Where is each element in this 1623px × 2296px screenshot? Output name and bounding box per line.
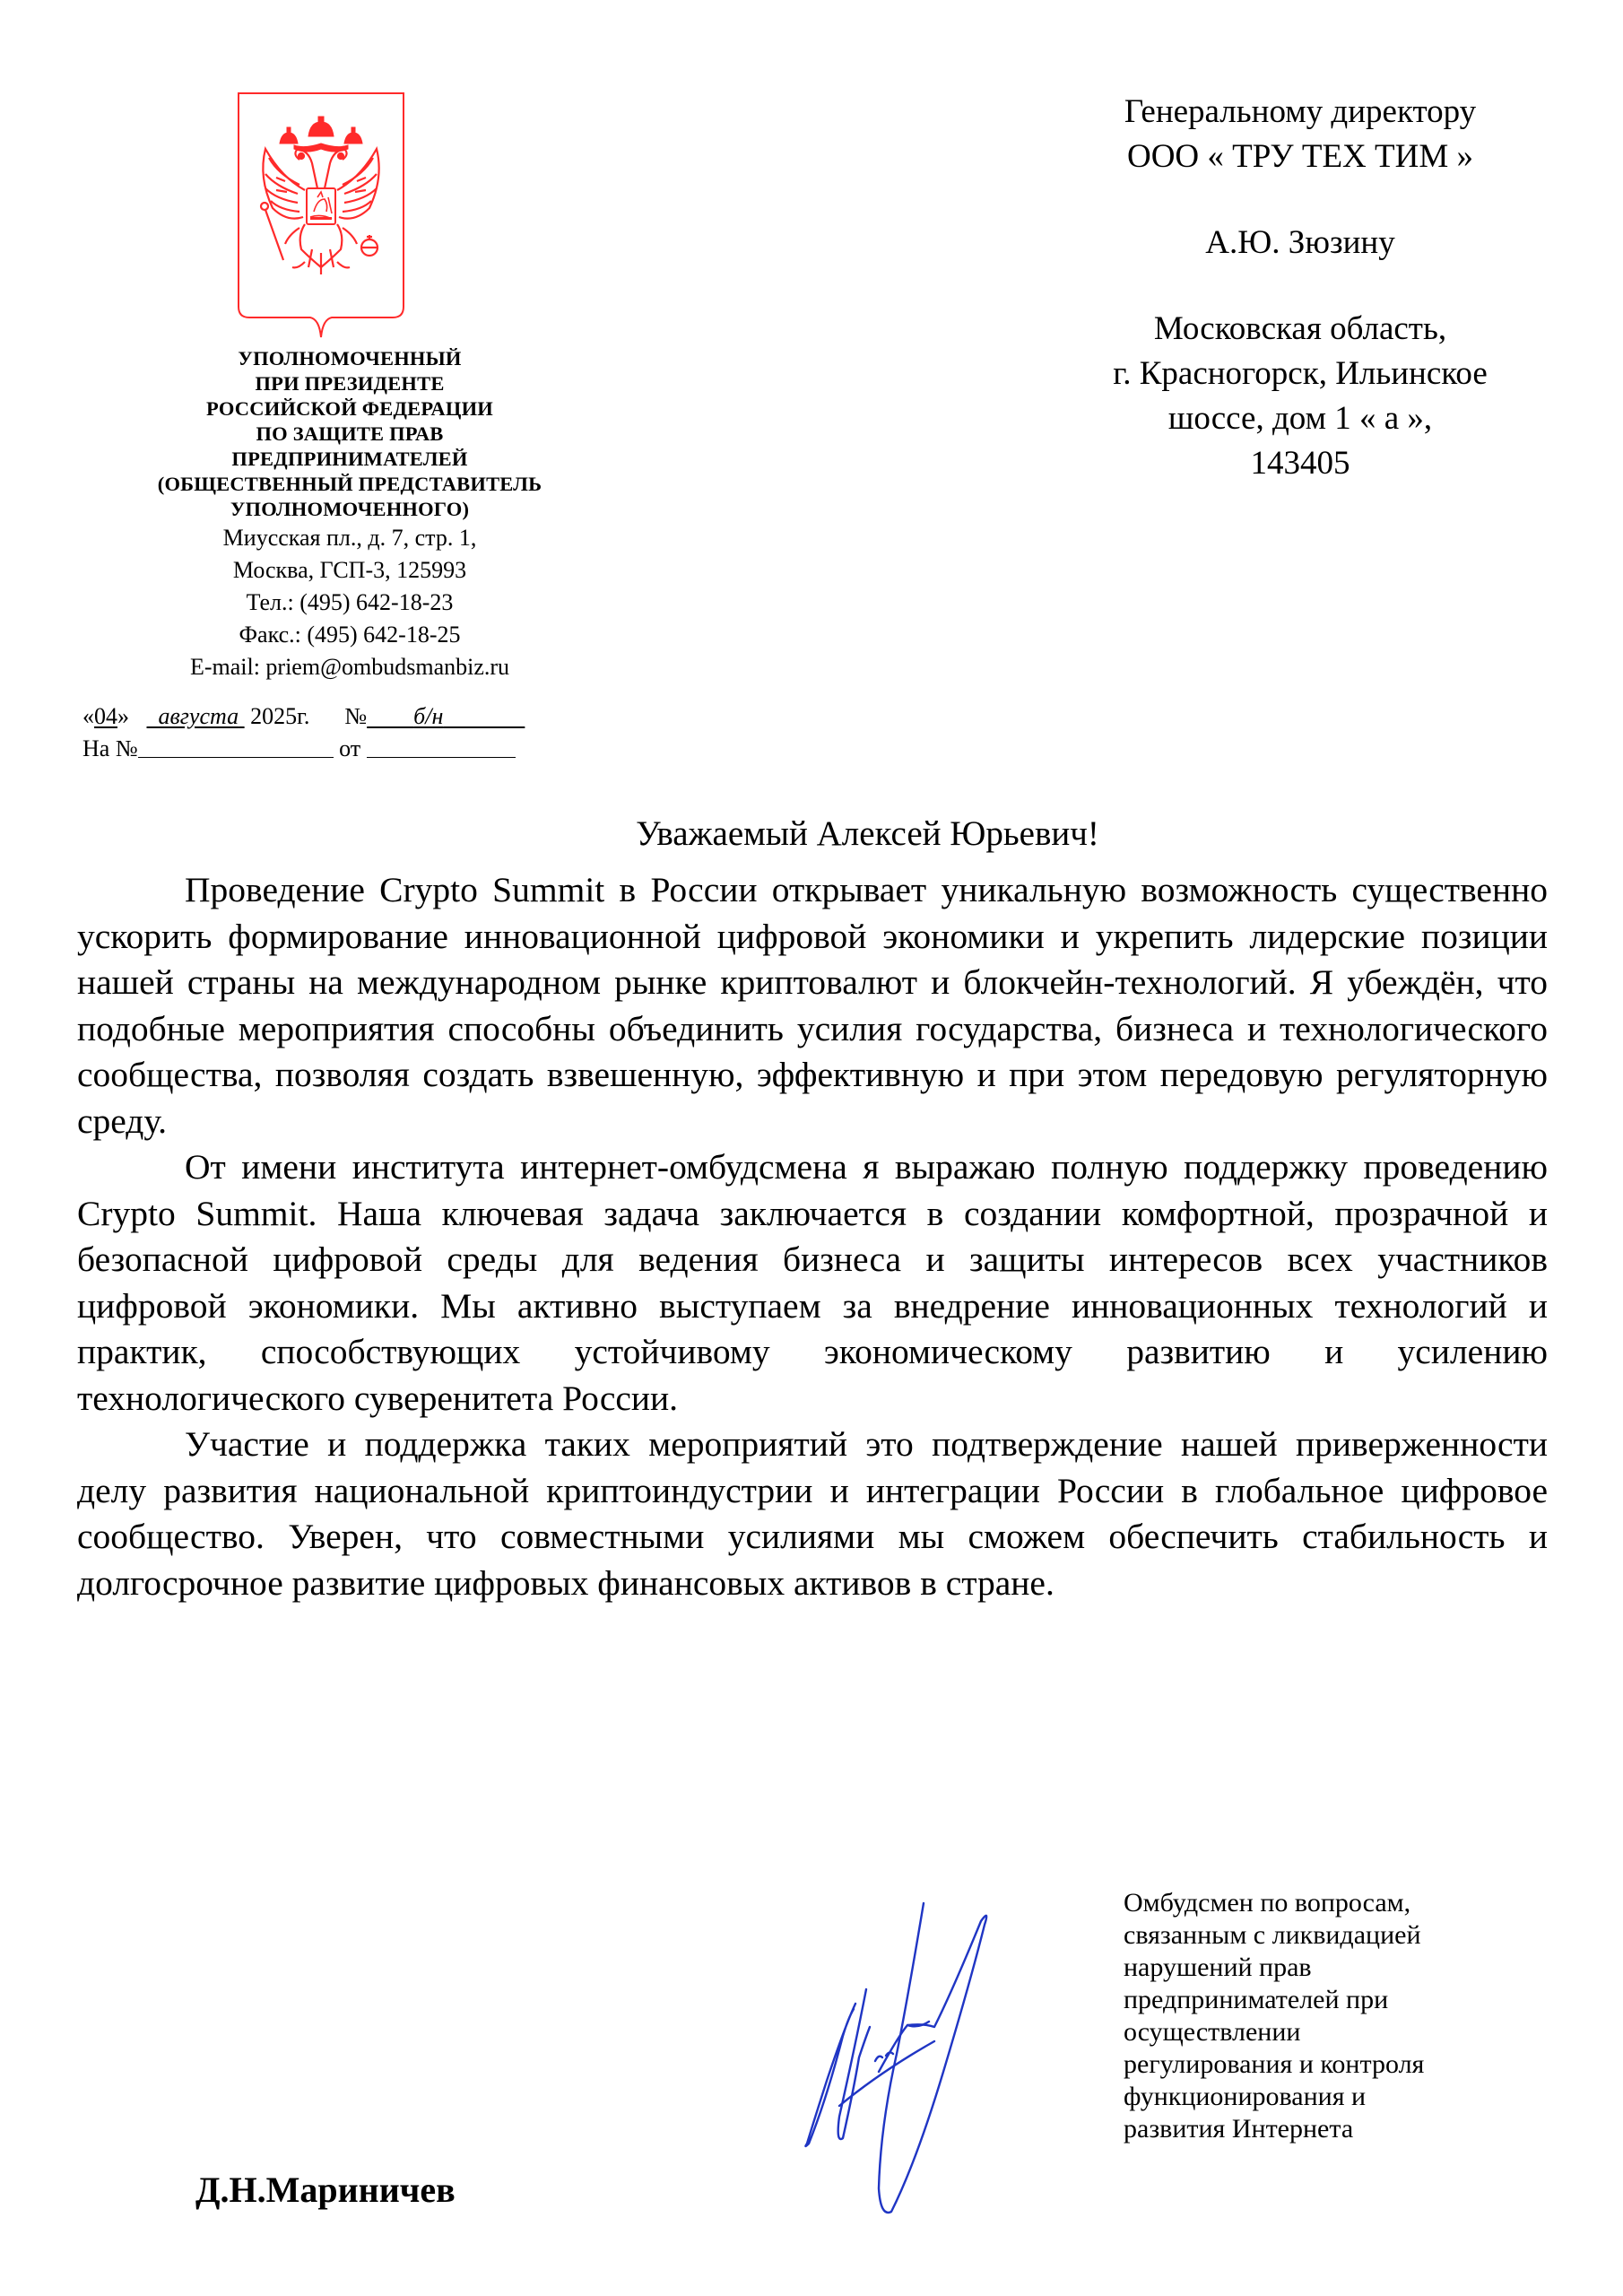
- coat-of-arms-emblem: [235, 91, 407, 343]
- sender-fax: Факс.: (495) 642-18-25: [72, 619, 628, 651]
- handwritten-signature: [773, 1892, 997, 2215]
- signer-name: Д.Н.Мариничев: [195, 2169, 456, 2211]
- org-title-line: (ОБЩЕСТВЕННЫЙ ПРЕДСТАВИТЕЛЬ: [72, 472, 628, 497]
- addressee-address-line: г. Красногорск, Ильинское: [1031, 352, 1569, 396]
- addressee-address-line: шоссе, дом 1 « а »,: [1031, 396, 1569, 441]
- document-number: б/н: [413, 703, 443, 729]
- org-title-line: УПОЛНОМОЧЕННОГО): [72, 497, 628, 522]
- body-paragraph: От имени института интернет-омбудсмена я…: [77, 1144, 1548, 1422]
- sender-address-line: Миусская пл., д. 7, стр. 1,: [72, 522, 628, 554]
- sender-email: E-mail: priem@ombudsmanbiz.ru: [72, 651, 628, 683]
- org-title-line: ПРИ ПРЕЗИДЕНТЕ: [72, 371, 628, 396]
- number-label: №: [344, 703, 367, 729]
- sender-city-line: Москва, ГСП-3, 125993: [72, 554, 628, 587]
- signer-position-line: нарушений прав: [1124, 1952, 1572, 1984]
- signer-position-line: Омбудсмен по вопросам,: [1124, 1887, 1572, 1919]
- org-title-line: РОССИЙСКОЙ ФЕДЕРАЦИИ: [72, 396, 628, 422]
- sender-letterhead: УПОЛНОМОЧЕННЫЙ ПРИ ПРЕЗИДЕНТЕ РОССИЙСКОЙ…: [72, 346, 628, 683]
- quote-open: «: [82, 703, 94, 729]
- signer-position-line: регулирования и контроля: [1124, 2048, 1572, 2081]
- date-month: августа: [159, 703, 239, 729]
- signer-position-line: предпринимателей при: [1124, 1984, 1572, 2016]
- reference-line: На № от: [82, 734, 516, 762]
- signer-position: Омбудсмен по вопросам, связанным с ликви…: [1124, 1887, 1572, 2145]
- letter-body: Проведение Crypto Summit в России открыв…: [77, 867, 1548, 1606]
- addressee-position: Генеральному директору: [1031, 90, 1569, 135]
- salutation: Уважаемый Алексей Юрьевич!: [81, 812, 1623, 857]
- signer-position-line: осуществлении: [1124, 2016, 1572, 2048]
- org-title-line: УПОЛНОМОЧЕННЫЙ: [72, 346, 628, 371]
- quote-close: »: [117, 703, 129, 729]
- reference-number-blank: [138, 735, 334, 758]
- body-paragraph: Проведение Crypto Summit в России открыв…: [77, 867, 1548, 1144]
- document-date-line: «04» августа 2025г. № б/н: [82, 703, 525, 730]
- body-paragraph: Участие и поддержка таких мероприятий эт…: [77, 1422, 1548, 1606]
- org-title-line: ПО ЗАЩИТЕ ПРАВ: [72, 422, 628, 447]
- date-day: 04: [94, 703, 117, 729]
- reference-from-label: от: [339, 735, 360, 761]
- addressee-company: ООО « ТРУ ТЕХ ТИМ »: [1031, 135, 1569, 179]
- addressee-postcode: 143405: [1031, 441, 1569, 486]
- date-year: 2025г.: [250, 703, 309, 729]
- addressee-block: Генеральному директору ООО « ТРУ ТЕХ ТИМ…: [1031, 90, 1569, 486]
- signer-position-line: развития Интернета: [1124, 2113, 1572, 2145]
- signer-position-line: функционирования и: [1124, 2081, 1572, 2113]
- addressee-address-line: Московская область,: [1031, 307, 1569, 352]
- org-title-line: ПРЕДПРИНИМАТЕЛЕЙ: [72, 447, 628, 472]
- reference-number-label: На №: [82, 735, 138, 761]
- sender-phone: Тел.: (495) 642-18-23: [72, 587, 628, 619]
- signer-position-line: связанным с ликвидацией: [1124, 1919, 1572, 1952]
- addressee-name: А.Ю. Зюзину: [1031, 221, 1569, 265]
- reference-date-blank: [367, 735, 516, 758]
